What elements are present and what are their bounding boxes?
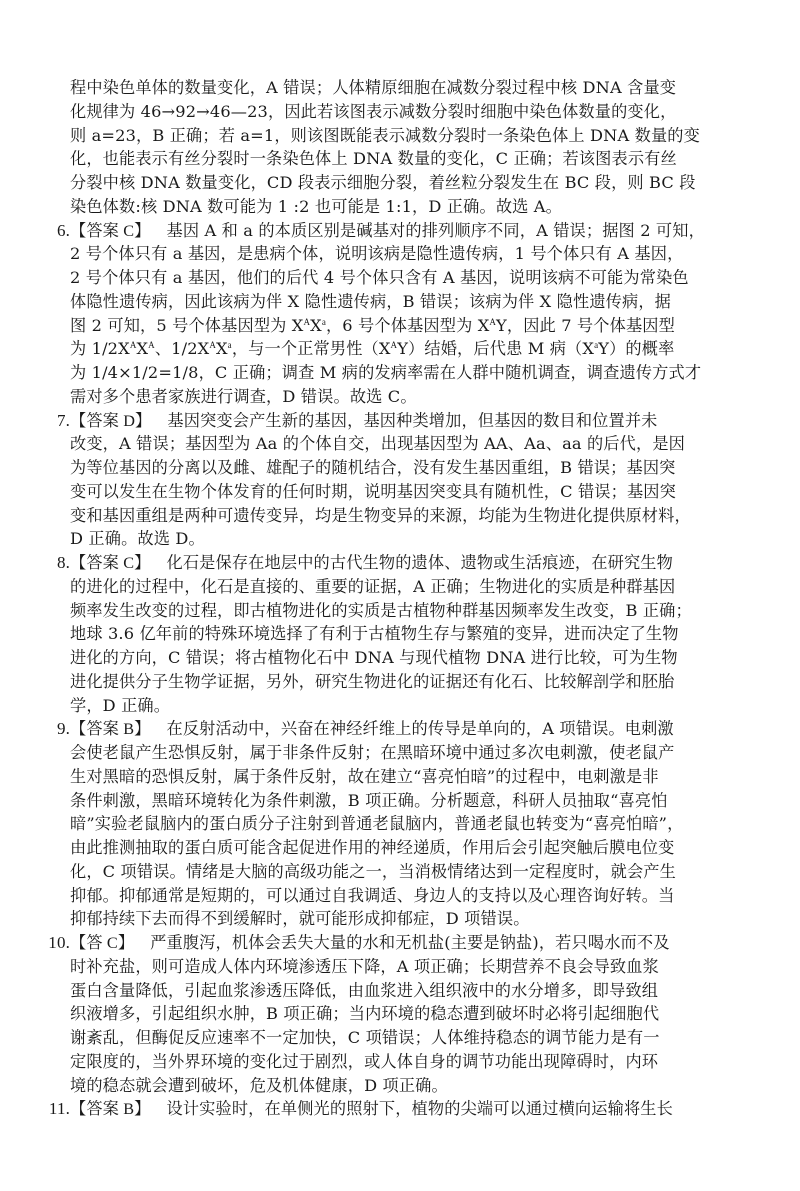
text-line: 改变，A 错误；基因型为 Aa 的个体自交，出现基因型为 AA、Aa、aa 的后…	[0, 432, 710, 456]
text-segment: Y，因此 7 号个体基因型	[496, 316, 675, 335]
text-segment: 由此推测抽取的蛋白质可能含起促进作用的神经递质，作用后会引起突触后膜电位变	[70, 838, 675, 857]
text-segment: 织液增多，引起组织水肿，B 项正确；当内环境的稳态遭到破坏时必将引起细胞代	[70, 1004, 659, 1023]
answer-tag: 【答 C】	[70, 934, 134, 952]
text-line: 变可以发生在生物个体发育的任何时期，说明基因突变具有随机性，C 错误；基因突	[0, 480, 710, 504]
text-segment: ，与一个正常男性（X	[232, 339, 391, 358]
answer-explanations-page: 程中染色单体的数量变化，A 错误；人体精原细胞在减数分裂过程中核 DNA 含量变…	[0, 76, 800, 1121]
text-line: 蛋白含量降低，引起血浆渗透压降低，由血浆进入组织液中的水分增多，即导致组	[0, 979, 710, 1003]
item-header-line: 6.【答案 C】基因 A 和 a 的本质区别是碱基对的排列顺序不同，A 错误；据…	[0, 219, 800, 243]
text-line: 为 1/2XAXA、1/2XAXa，与一个正常男性（XAY）结婚，后代患 M 病…	[0, 337, 710, 361]
text-line: 分裂中核 DNA 数量变化，CD 段表示细胞分裂，着丝粒分裂发生在 BC 段，则…	[0, 171, 710, 195]
text-segment: X	[216, 339, 228, 358]
text-line: 变和基因重组是两种可遗传变异，均是生物变异的来源，均能为生物进化提供原材料，	[0, 504, 710, 528]
item-header-line: 7.【答案 D】基因突变会产生新的基因，基因种类增加，但基因的数目和位置并未	[0, 409, 800, 433]
text-line: 的进化的过程中，化石是直接的、重要的证据，A 正确；生物进化的实质是种群基因	[0, 575, 710, 599]
text-segment: D 正确。故选 D。	[70, 529, 205, 548]
text-segment: 进化的方向，C 错误；将古植物化石中 DNA 与现代植物 DNA 进行比较，可为…	[70, 648, 678, 667]
text-line: 会使老鼠产生恐惧反射，属于非条件反射；在黑暗环境中通过多次电刺激，使老鼠产	[0, 741, 710, 765]
text-line: 暗”实验老鼠脑内的蛋白质分子注射到普通老鼠脑内，普通老鼠也转变为“喜亮怕暗”，	[0, 812, 710, 836]
text-segment: 学，D 正确。	[70, 696, 170, 715]
continuation-paragraph: 程中染色单体的数量变化，A 错误；人体精原细胞在减数分裂过程中核 DNA 含量变…	[0, 76, 800, 219]
text-segment: 条件刺激，黑暗环境转化为条件刺激，B 项正确。分析题意，科研人员抽取“喜亮怕	[70, 791, 668, 810]
answer-item: 7.【答案 D】基因突变会产生新的基因，基因种类增加，但基因的数目和位置并未改变…	[0, 409, 800, 552]
text-segment: 基因 A 和 a 的本质区别是碱基对的排列顺序不同，A 错误；据图 2 可知，	[167, 221, 705, 240]
item-header-line: 9.【答案 B】在反射活动中，兴奋在神经纤维上的传导是单向的，A 项错误。电刺激	[0, 717, 800, 741]
text-segment: 为等位基因的分离以及雌、雄配子的随机结合，没有发生基因重组，B 错误；基因突	[70, 458, 676, 477]
text-segment: 会使老鼠产生恐惧反射，属于非条件反射；在黑暗环境中通过多次电刺激，使老鼠产	[70, 743, 675, 762]
text-line: 体隐性遗传病，因此该病为伴 X 隐性遗传病，B 错误；该病为伴 X 隐性遗传病，…	[0, 290, 710, 314]
text-line: 化，C 项错误。情绪是大脑的高级功能之一，当消极情绪达到一定程度时，就会产生	[0, 860, 710, 884]
text-segment: 境的稳态就会遭到破坏，危及机体健康，D 项正确。	[70, 1076, 448, 1095]
text-line: 为 1/4×1/2=1/8，C 正确；调查 M 病的发病率需在人群中随机调查，调…	[0, 361, 710, 385]
text-line: 为等位基因的分离以及雌、雄配子的随机结合，没有发生基因重组，B 错误；基因突	[0, 456, 710, 480]
text-line: 境的稳态就会遭到破坏，危及机体健康，D 项正确。	[0, 1074, 710, 1098]
text-line: 化规律为 46→92→46—23，因此若该图表示减数分裂时细胞中染色体数量的变化…	[0, 100, 710, 124]
text-segment: 化，C 项错误。情绪是大脑的高级功能之一，当消极情绪达到一定程度时，就会产生	[70, 862, 676, 881]
item-header-line: 10.【答 C】严重腹泻，机体会丢失大量的水和无机盐(主要是钠盐)，若只喝水而不…	[0, 931, 800, 955]
text-line: 程中染色单体的数量变化，A 错误；人体精原细胞在减数分裂过程中核 DNA 含量变	[0, 76, 710, 100]
text-segment: 2 号个体只有 a 基因，是患病个体，说明该病是隐性遗传病，1 号个体只有 A …	[70, 244, 683, 263]
text-segment: 化规律为 46→92→46—23，因此若该图表示减数分裂时细胞中染色体数量的变化…	[70, 102, 676, 121]
text-segment: 变和基因重组是两种可遗传变异，均是生物变异的来源，均能为生物进化提供原材料，	[70, 506, 691, 525]
text-segment: 需对多个患者家族进行调查，D 错误。故选 C。	[70, 387, 417, 406]
answer-tag: 【答案 C】	[70, 554, 151, 572]
text-segment: 严重腹泻，机体会丢失大量的水和无机盐(主要是钠盐)，若只喝水而不及	[150, 933, 669, 952]
text-segment: 时补充盐，则可造成人体内环境渗透压下降，A 项正确；长期营养不良会导致血浆	[70, 957, 659, 976]
item-number: 10.	[28, 931, 70, 955]
text-segment: 设计实验时，在单侧光的照射下，植物的尖端可以通过横向运输将生长	[167, 1099, 673, 1118]
text-line: 进化的方向，C 错误；将古植物化石中 DNA 与现代植物 DNA 进行比较，可为…	[0, 646, 710, 670]
text-segment: 地球 3.6 亿年前的特殊环境选择了有利于古植物生存与繁殖的变异，进而决定了生物	[70, 624, 679, 643]
text-line: 进化提供分子生物学证据，另外，研究生物进化的证据还有化石、比较解剖学和胚胎	[0, 670, 710, 694]
text-segment: 基因突变会产生新的基因，基因种类增加，但基因的数目和位置并未	[167, 411, 657, 430]
text-segment: 体隐性遗传病，因此该病为伴 X 隐性遗传病，B 错误；该病为伴 X 隐性遗传病，…	[70, 292, 671, 311]
text-segment: 抑郁持续下去而得不到缓解时，就可能形成抑郁症，D 项错误。	[70, 909, 530, 928]
text-segment: 图 2 可知，5 号个体基因型为 X	[70, 316, 303, 335]
item-number: 7.	[28, 409, 70, 433]
item-number: 9.	[28, 717, 70, 741]
text-segment: Y）的概率	[598, 339, 674, 358]
text-line: 定限度的，当外界环境的变化过于剧烈，或人体自身的调节功能出现障碍时，内环	[0, 1050, 710, 1074]
text-segment: 在反射活动中，兴奋在神经纤维上的传导是单向的，A 项错误。电刺激	[167, 719, 674, 738]
text-line: D 正确。故选 D。	[0, 527, 710, 551]
answer-item: 8.【答案 C】化石是保存在地层中的古代生物的遗体、遗物或生活痕迹，在研究生物的…	[0, 551, 800, 717]
text-line: 抑郁持续下去而得不到缓解时，就可能形成抑郁症，D 项错误。	[0, 907, 710, 931]
text-segment: 蛋白含量降低，引起血浆渗透压降低，由血浆进入组织液中的水分增多，即导致组	[70, 981, 658, 1000]
text-segment: 为 1/4×1/2=1/8，C 正确；调查 M 病的发病率需在人群中随机调查，调…	[70, 363, 701, 382]
text-segment: 定限度的，当外界环境的变化过于剧烈，或人体自身的调节功能出现障碍时，内环	[70, 1052, 658, 1071]
answer-item: 11.【答案 B】设计实验时，在单侧光的照射下，植物的尖端可以通过横向运输将生长	[0, 1097, 800, 1121]
allele-superscript: A	[209, 340, 216, 350]
item-number: 11.	[28, 1097, 70, 1121]
text-segment: X	[310, 316, 322, 335]
text-segment: 为 1/2X	[70, 339, 130, 358]
text-line: 化，也能表示有丝分裂时一条染色体上 DNA 数量的变化，C 正确；若该图表示有丝	[0, 147, 710, 171]
text-line: 条件刺激，黑暗环境转化为条件刺激，B 项正确。分析题意，科研人员抽取“喜亮怕	[0, 789, 710, 813]
text-line: 织液增多，引起组织水肿，B 项正确；当内环境的稳态遭到破坏时必将引起细胞代	[0, 1002, 710, 1026]
text-segment: 化石是保存在地层中的古代生物的遗体、遗物或生活痕迹，在研究生物	[167, 553, 673, 572]
answer-tag: 【答案 B】	[70, 720, 151, 738]
text-line: 由此推测抽取的蛋白质可能含起促进作用的神经递质，作用后会引起突触后膜电位变	[0, 836, 710, 860]
text-segment: 的进化的过程中，化石是直接的、重要的证据，A 正确；生物进化的实质是种群基因	[70, 577, 675, 596]
text-segment: 抑郁。抑郁通常是短期的，可以通过自我调适、身边人的支持以及心理咨询好转。当	[70, 886, 675, 905]
allele-superscript: A	[148, 340, 155, 350]
text-segment: 谢紊乱，但酶促反应速率不一定加快，C 项错误；人体维持稳态的调节能力是有一	[70, 1028, 660, 1047]
text-line: 时补充盐，则可造成人体内环境渗透压下降，A 项正确；长期营养不良会导致血浆	[0, 955, 710, 979]
item-number: 8.	[28, 551, 70, 575]
text-line: 2 号个体只有 a 基因，他们的后代 4 号个体只含有 A 基因，说明该病不可能…	[0, 266, 710, 290]
item-number: 6.	[28, 219, 70, 243]
answer-tag: 【答案 C】	[70, 222, 151, 240]
answer-item: 6.【答案 C】基因 A 和 a 的本质区别是碱基对的排列顺序不同，A 错误；据…	[0, 219, 800, 409]
text-segment: 分裂中核 DNA 数量变化，CD 段表示细胞分裂，着丝粒分裂发生在 BC 段，则…	[70, 173, 696, 192]
item-header-line: 11.【答案 B】设计实验时，在单侧光的照射下，植物的尖端可以通过横向运输将生长	[0, 1097, 800, 1121]
answer-item: 10.【答 C】严重腹泻，机体会丢失大量的水和无机盐(主要是钠盐)，若只喝水而不…	[0, 931, 800, 1097]
text-segment: 改变，A 错误；基因型为 Aa 的个体自交，出现基因型为 AA、Aa、aa 的后…	[70, 434, 685, 453]
answer-tag: 【答案 D】	[70, 412, 151, 430]
text-line: 染色体数:核 DNA 数可能为 1 :2 也可能是 1:1，D 正确。故选 A。	[0, 195, 710, 219]
text-segment: 则 a=23，B 正确；若 a=1，则该图既能表示减数分裂时一条染色体上 DNA…	[70, 126, 700, 145]
text-segment: 变可以发生在生物个体发育的任何时期，说明基因突变具有随机性，C 错误；基因突	[70, 482, 676, 501]
text-line: 图 2 可知，5 号个体基因型为 XAXa，6 号个体基因型为 XAY，因此 7…	[0, 314, 710, 338]
text-line: 则 a=23，B 正确；若 a=1，则该图既能表示减数分裂时一条染色体上 DNA…	[0, 124, 710, 148]
text-line: 生对黑暗的恐惧反射，属于条件反射，故在建立“喜亮怕暗”的过程中，电刺激是非	[0, 765, 710, 789]
text-line: 地球 3.6 亿年前的特殊环境选择了有利于古植物生存与繁殖的变异，进而决定了生物	[0, 622, 710, 646]
text-segment: X	[136, 339, 148, 358]
text-segment: Y）结婚，后代患 M 病（X	[397, 339, 594, 358]
answer-item: 9.【答案 B】在反射活动中，兴奋在神经纤维上的传导是单向的，A 项错误。电刺激…	[0, 717, 800, 931]
answer-tag: 【答案 B】	[70, 1100, 151, 1118]
text-segment: 2 号个体只有 a 基因，他们的后代 4 号个体只含有 A 基因，说明该病不可能…	[70, 268, 689, 287]
text-line: 谢紊乱，但酶促反应速率不一定加快，C 项错误；人体维持稳态的调节能力是有一	[0, 1026, 710, 1050]
item-header-line: 8.【答案 C】化石是保存在地层中的古代生物的遗体、遗物或生活痕迹，在研究生物	[0, 551, 800, 575]
text-segment: 染色体数:核 DNA 数可能为 1 :2 也可能是 1:1，D 正确。故选 A。	[70, 197, 562, 216]
text-segment: 进化提供分子生物学证据，另外，研究生物进化的证据还有化石、比较解剖学和胚胎	[70, 672, 675, 691]
text-line: 频率发生改变的过程，即古植物进化的实质是古植物种群基因频率发生改变，B 正确；	[0, 599, 710, 623]
text-segment: 程中染色单体的数量变化，A 错误；人体精原细胞在减数分裂过程中核 DNA 含量变	[70, 78, 676, 97]
text-line: 抑郁。抑郁通常是短期的，可以通过自我调适、身边人的支持以及心理咨询好转。当	[0, 884, 710, 908]
text-line: 需对多个患者家族进行调查，D 错误。故选 C。	[0, 385, 710, 409]
text-segment: ，6 号个体基因型为 X	[326, 316, 489, 335]
text-line: 2 号个体只有 a 基因，是患病个体，说明该病是隐性遗传病，1 号个体只有 A …	[0, 242, 710, 266]
text-segment: 频率发生改变的过程，即古植物进化的实质是古植物种群基因频率发生改变，B 正确；	[70, 601, 692, 620]
text-segment: 、1/2X	[155, 339, 210, 358]
text-segment: 生对黑暗的恐惧反射，属于条件反射，故在建立“喜亮怕暗”的过程中，电刺激是非	[70, 767, 659, 786]
text-line: 学，D 正确。	[0, 694, 710, 718]
text-segment: 暗”实验老鼠脑内的蛋白质分子注射到普通老鼠脑内，普通老鼠也转变为“喜亮怕暗”，	[70, 814, 683, 833]
text-segment: 化，也能表示有丝分裂时一条染色体上 DNA 数量的变化，C 正确；若该图表示有丝	[70, 149, 677, 168]
